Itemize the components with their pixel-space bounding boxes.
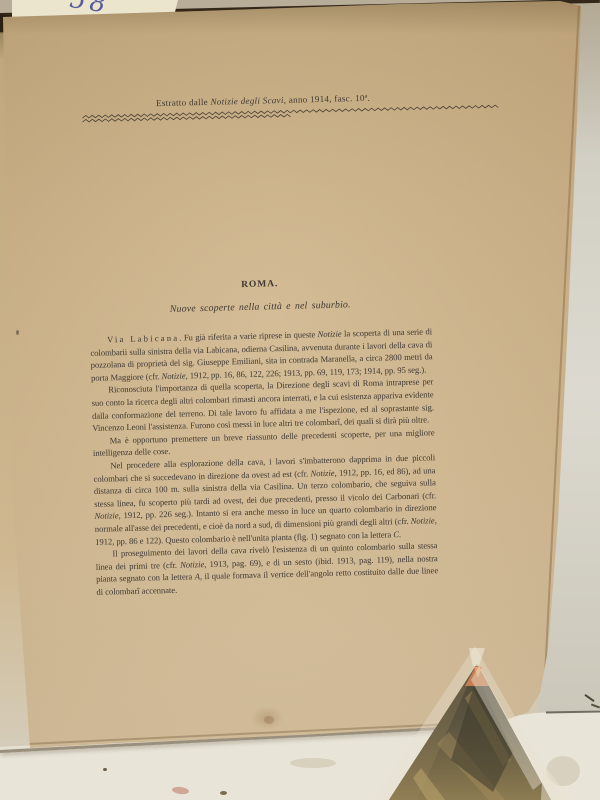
page-subtitle: Nuove scoperte nella città e nel suburbi… <box>89 297 431 317</box>
body-paragraph: Via Labicana. Fu già riferita a varie ri… <box>90 325 433 384</box>
paperweight-pyramid <box>365 632 573 800</box>
floor-speck <box>103 768 107 771</box>
page-text-block: Estratto dalle Notizie degli Scavi, anno… <box>84 91 439 598</box>
floor-pink-stain <box>172 786 190 795</box>
floor-speck <box>220 791 227 795</box>
page-stain <box>264 716 274 724</box>
body-text: Via Labicana. Fu già riferita a varie ri… <box>90 325 439 598</box>
plastic-flap <box>541 764 571 800</box>
page-speck <box>16 330 19 335</box>
floor-smudge <box>290 758 336 768</box>
body-paragraph: Il proseguimento dei lavori della cava r… <box>95 539 438 598</box>
page-title: ROMA. <box>89 275 431 294</box>
body-paragraph: Nel procedere alla esplorazione della ca… <box>93 451 437 548</box>
body-paragraph: Riconosciuta l'importanza di quella scop… <box>91 376 434 435</box>
